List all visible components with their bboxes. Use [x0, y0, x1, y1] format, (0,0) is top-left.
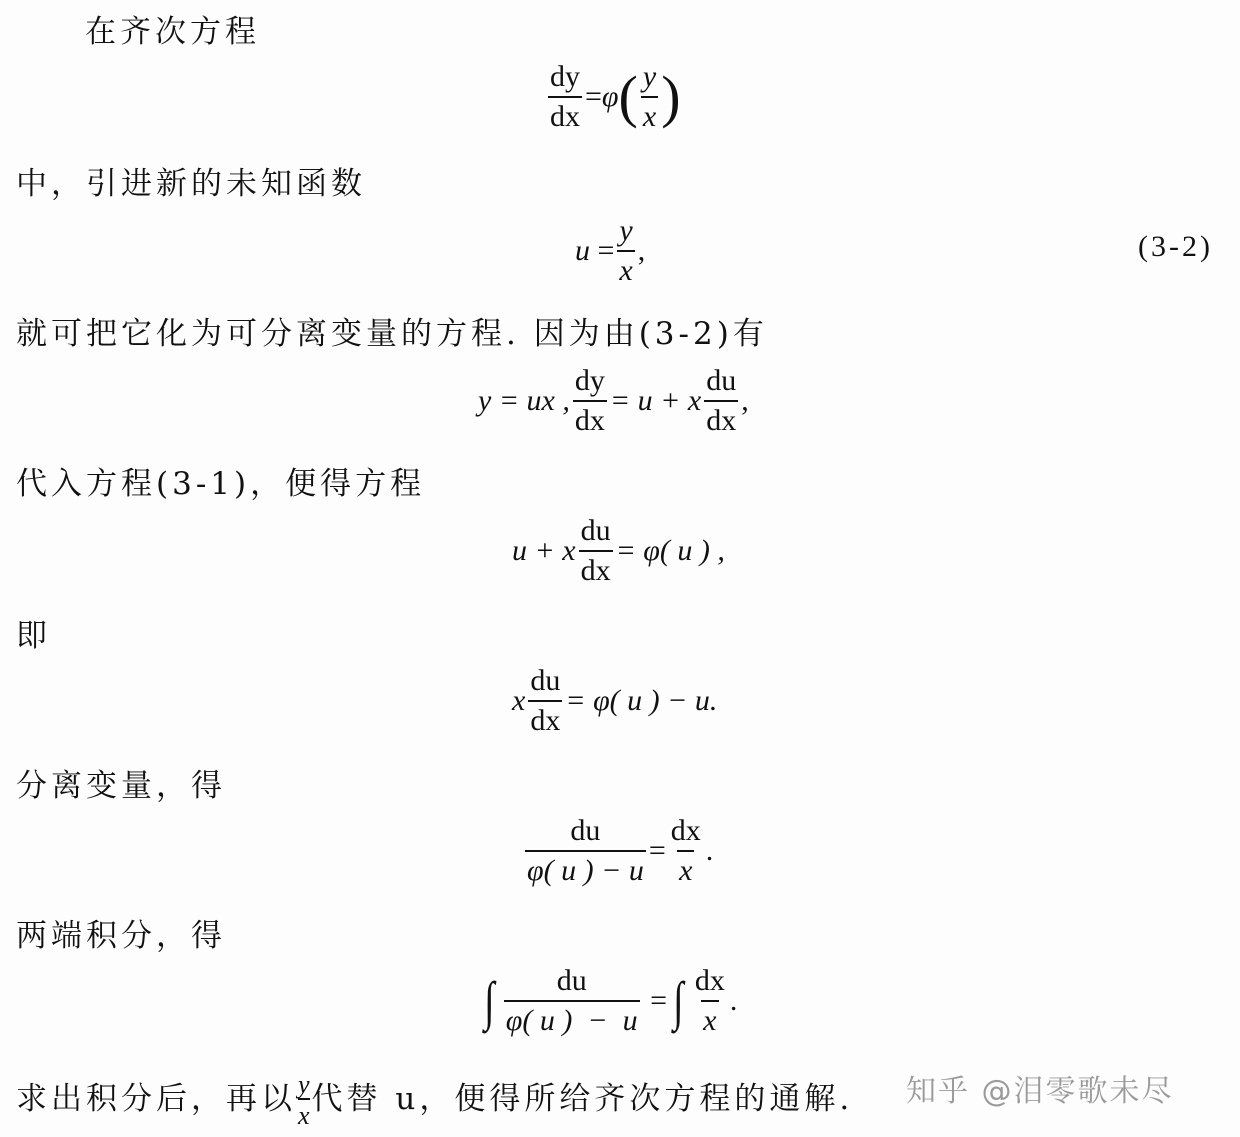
equation-homogeneous: dydx = φ ( yx )	[545, 62, 681, 132]
equation-separated: duφ( u ) − u = dxx .	[522, 816, 713, 886]
paragraph-new-unknown: 中，引进新的未知函数	[16, 158, 366, 203]
paragraph-substitute: 代入方程(3-1)，便得方程	[16, 458, 425, 503]
equation-number: (3-2)	[1138, 230, 1213, 264]
equation-substitution: u = yx ,	[575, 216, 645, 286]
paragraph-integrate: 两端积分，得	[16, 910, 226, 955]
equation-derivative: y = ux , dydx = u + x dudx ,	[478, 366, 749, 436]
inline-fraction: yx	[298, 1072, 310, 1129]
paragraph-intro: 在齐次方程	[85, 6, 260, 51]
paragraph-separate-variables: 分离变量，得	[16, 760, 226, 805]
watermark: 知乎 @泪零歌未尽	[906, 1066, 1174, 1110]
paragraph-separable: 就可把它化为可分离变量的方程. 因为由(3-2)有	[16, 308, 768, 353]
paragraph-conclusion: 求出积分后，再以yx代替 u，便得所给齐次方程的通解.	[16, 1072, 853, 1129]
paragraph-ie: 即	[16, 610, 51, 655]
equation-substituted: u + x dudx = φ( u ) ,	[512, 516, 725, 586]
equation-simplified: x dudx = φ( u ) − u.	[512, 666, 717, 736]
equation-integral: ∫ duφ( u ) − u = ∫ dxx .	[478, 966, 737, 1036]
